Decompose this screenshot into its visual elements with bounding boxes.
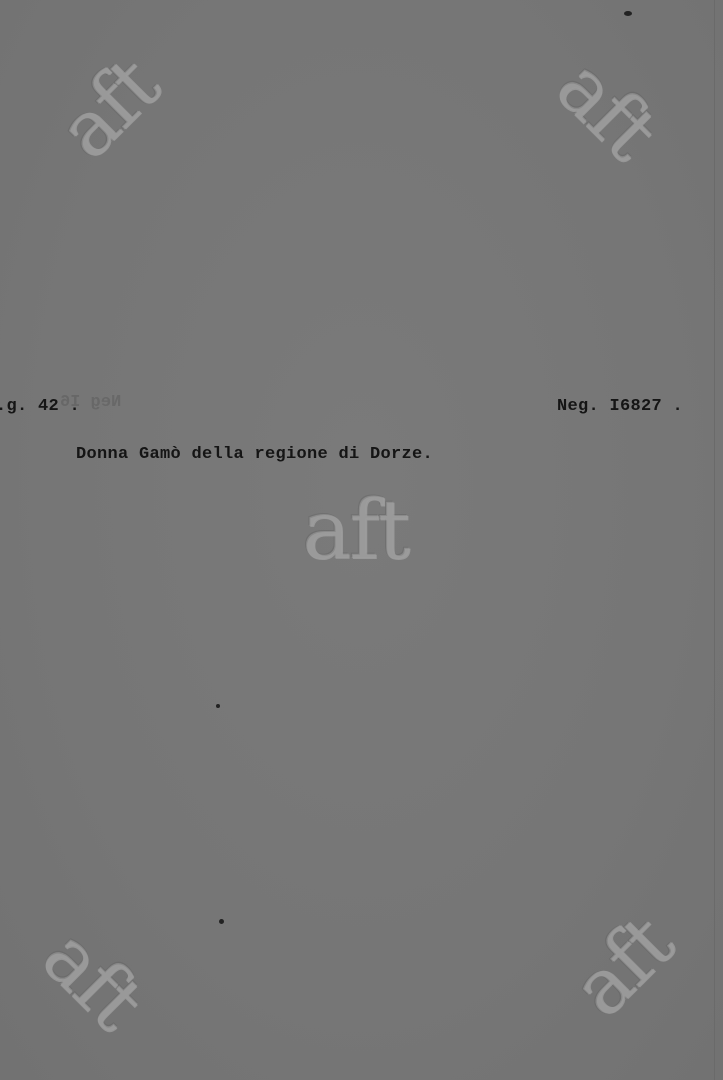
dust-speck bbox=[624, 11, 632, 16]
card-edge-line bbox=[714, 0, 715, 1080]
dust-speck bbox=[216, 704, 220, 708]
watermark-center: aft bbox=[302, 490, 408, 572]
figure-label: .g. 42 . bbox=[0, 397, 80, 416]
watermark-bottom-left: aft bbox=[29, 916, 155, 1042]
negative-number: Neg. I6827 . bbox=[557, 397, 683, 416]
watermark-top-right: aft bbox=[543, 46, 669, 172]
watermark-top-left: aft bbox=[45, 46, 171, 172]
watermark-bottom-right: aft bbox=[559, 904, 685, 1030]
caption: Donna Gamò della regione di Dorze. bbox=[76, 445, 433, 464]
archive-card: Neg I6 .g. 42 . Neg. I6827 . Donna Gamò … bbox=[0, 0, 723, 1080]
dust-speck bbox=[219, 919, 224, 924]
